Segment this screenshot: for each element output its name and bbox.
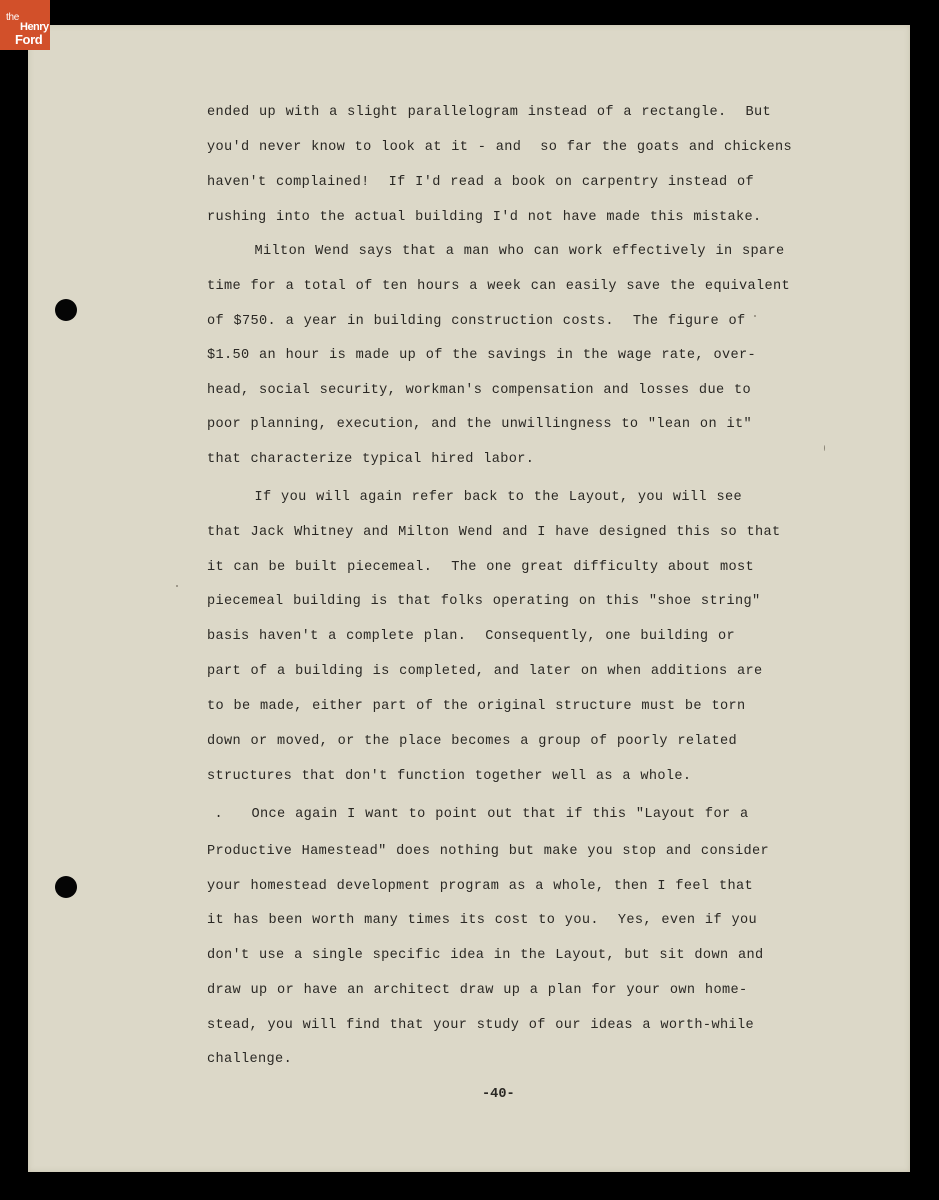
text-line: If you will again refer back to the Layo… — [207, 488, 742, 508]
text-line: of $750. a year in building construction… — [207, 312, 745, 332]
text-line: piecemeal building is that folks operati… — [207, 592, 760, 612]
logo-text-the: the — [6, 13, 19, 23]
text-line: that Jack Whitney and Milton Wend and I … — [207, 523, 781, 543]
text-line: it has been worth many times its cost to… — [207, 911, 757, 931]
text-line: haven't complained! If I'd read a book o… — [207, 173, 754, 193]
text-line: your homestead development program as a … — [207, 877, 753, 897]
page-number: -40- — [482, 1085, 515, 1105]
text-line: Productive Hamestead" does nothing but m… — [207, 842, 769, 862]
text-line: you'd never know to look at it - and so … — [207, 138, 792, 158]
the-henry-ford-logo: the Henry Ford — [0, 0, 50, 50]
text-line: $1.50 an hour is made up of the savings … — [207, 346, 756, 366]
text-line: it can be built piecemeal. The one great… — [207, 558, 754, 578]
logo-text-ford: Ford — [15, 33, 42, 46]
text-line: structures that don't function together … — [207, 767, 691, 787]
text-line: time for a total of ten hours a week can… — [207, 277, 790, 297]
text-line: Milton Wend says that a man who can work… — [207, 242, 785, 262]
text-line: rushing into the actual building I'd not… — [207, 208, 761, 228]
text-line: ended up with a slight parallelogram ins… — [207, 103, 771, 123]
text-line: don't use a single specific idea in the … — [207, 946, 763, 966]
punch-hole-bottom — [55, 876, 77, 898]
text-line: part of a building is completed, and lat… — [207, 662, 762, 682]
text-line: . Once again I want to point out that if… — [205, 805, 748, 825]
text-line: down or moved, or the place becomes a gr… — [207, 732, 737, 752]
text-line: basis haven't a complete plan. Consequen… — [207, 627, 735, 647]
text-line: stead, you will find that your study of … — [207, 1016, 754, 1036]
text-line: draw up or have an architect draw up a p… — [207, 981, 747, 1001]
text-line: that characterize typical hired labor. — [207, 450, 534, 470]
paper-speck — [176, 585, 178, 587]
text-line: poor planning, execution, and the unwill… — [207, 415, 752, 435]
paper-speck — [754, 315, 756, 317]
text-line: challenge. — [207, 1050, 292, 1070]
text-line: head, social security, workman's compens… — [207, 381, 751, 401]
text-line: to be made, either part of the original … — [207, 697, 745, 717]
paper-speck — [824, 445, 825, 451]
punch-hole-top — [55, 299, 77, 321]
